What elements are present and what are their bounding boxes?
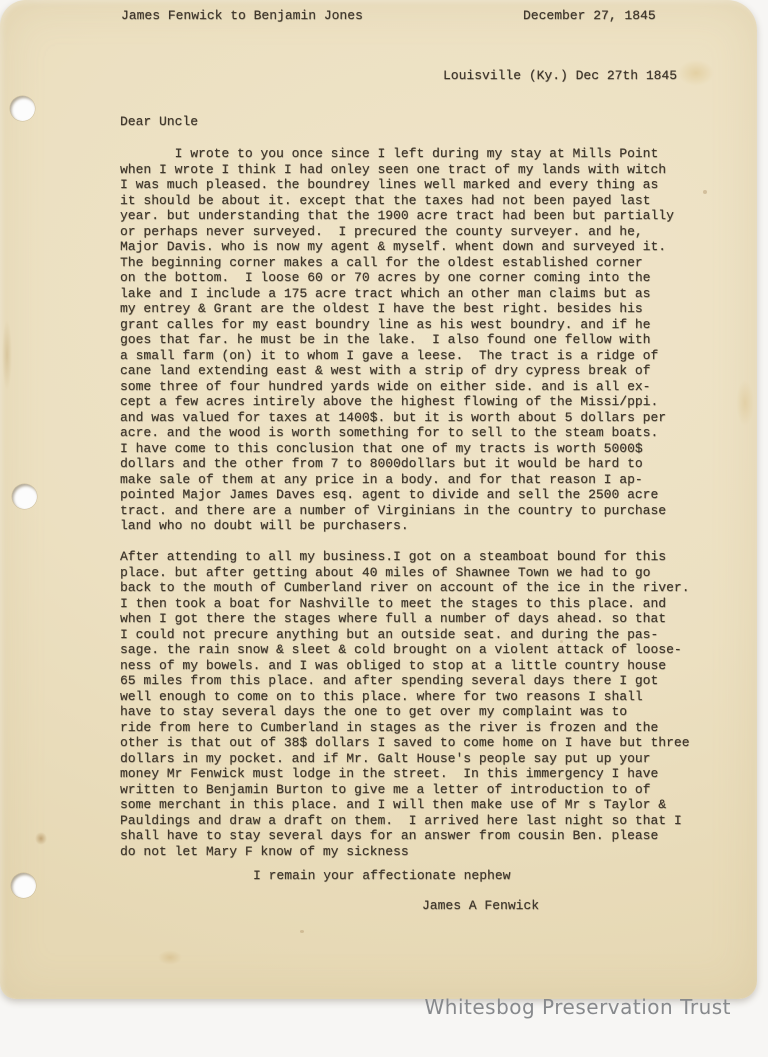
dateline: Louisville (Ky.) Dec 27th 1845: [443, 68, 677, 84]
letter-line: some three of four hundred yards wide on…: [120, 379, 674, 395]
paper-stain: [158, 950, 182, 965]
watermark-text: Whitesbog Preservation Trust: [0, 995, 731, 1019]
salutation: Dear Uncle: [120, 114, 198, 130]
paper-stain: [736, 380, 754, 426]
paper-stain: [35, 832, 47, 845]
letter-line: sage. the rain snow & sleet & cold broug…: [120, 642, 690, 658]
letter-line: money Mr Fenwick must lodge in the stree…: [120, 766, 690, 782]
letter-paragraph-1: I wrote to you once since I left during …: [120, 146, 674, 534]
letter-line: a small farm (on) it to whom I gave a le…: [120, 348, 674, 364]
letter-line: do not let Mary F know of my sickness: [120, 844, 690, 860]
letter-line: I have come to this conclusion that one …: [120, 441, 674, 457]
letter-line: dollars in my pocket. and if Mr. Galt Ho…: [120, 751, 690, 767]
closing-line: I remain your affectionate nephew: [253, 868, 510, 884]
letter-line: it should be about it. except that the t…: [120, 193, 674, 209]
letter-line: I was much pleased. the boundrey lines w…: [120, 177, 674, 193]
letter-line: on the bottom. I loose 60 or 70 acres by…: [120, 270, 674, 286]
letter-line: After attending to all my business.I got…: [120, 549, 690, 565]
letter-line: pointed Major James Daves esq. agent to …: [120, 487, 674, 503]
header-date: December 27, 1845: [523, 8, 656, 24]
letter-line: land who no doubt will be purchasers.: [120, 518, 674, 534]
paper-stain: [2, 320, 12, 390]
letter-line: and was valued for taxes at 1400$. but i…: [120, 410, 674, 426]
letter-line: some merchant in this place. and I will …: [120, 797, 690, 813]
letter-line: shall have to stay several days for an a…: [120, 828, 690, 844]
letter-line: I then took a boat for Nashville to meet…: [120, 596, 690, 612]
letter-line: ride from here to Cumberland in stages a…: [120, 720, 690, 736]
letter-line: goes that far. he must be in the lake. I…: [120, 332, 674, 348]
letter-line: lake and I include a 175 acre tract whic…: [120, 286, 674, 302]
letter-paper: James Fenwick to Benjamin Jones December…: [0, 0, 757, 999]
letter-line: ness of my bowels. and I was obliged to …: [120, 658, 690, 674]
letter-line: or perhaps never surveyed. I precured th…: [120, 224, 674, 240]
letter-line: when I got there the stages where full a…: [120, 611, 690, 627]
punch-hole: [11, 873, 36, 898]
header-correspondents: James Fenwick to Benjamin Jones: [121, 8, 363, 24]
letter-line: make sale of them at any price in a body…: [120, 472, 674, 488]
letter-line: The beginning corner makes a call for th…: [120, 255, 674, 271]
letter-line: dollars and the other from 7 to 8000doll…: [120, 456, 674, 472]
punch-hole: [10, 96, 35, 121]
signature: James A Fenwick: [422, 898, 539, 914]
letter-line: written to Benjamin Burton to give me a …: [120, 782, 690, 798]
letter-line: acre. and the wood is worth something fo…: [120, 425, 674, 441]
letter-line: well enough to come on to this place. wh…: [120, 689, 690, 705]
punch-hole: [12, 484, 37, 509]
letter-line: 65 miles from this place. and after spen…: [120, 673, 690, 689]
letter-line: Pauldings and draw a draft on them. I ar…: [120, 813, 690, 829]
letter-line: year. but understanding that the 1900 ac…: [120, 208, 674, 224]
letter-line: my entrey & Grant are the oldest I have …: [120, 301, 674, 317]
paper-speck: [300, 930, 304, 933]
letter-line: cept a few acres intirely above the high…: [120, 394, 674, 410]
letter-line: tract. and there are a number of Virgini…: [120, 503, 674, 519]
letter-line: grant calles for my east boundry line as…: [120, 317, 674, 333]
letter-line: cane land extending east & west with a s…: [120, 363, 674, 379]
letter-paragraph-2: After attending to all my business.I got…: [120, 549, 690, 859]
paper-speck: [703, 190, 707, 194]
paper-stain: [678, 60, 714, 86]
letter-line: place. but after getting about 40 miles …: [120, 565, 690, 581]
letter-line: other is that out of 38$ dollars I saved…: [120, 735, 690, 751]
letter-line: when I wrote I think I had onley seen on…: [120, 162, 674, 178]
letter-line: I wrote to you once since I left during …: [120, 146, 674, 162]
letter-line: back to the mouth of Cumberland river on…: [120, 580, 690, 596]
scan-background: James Fenwick to Benjamin Jones December…: [0, 0, 768, 1057]
letter-line: have to stay several days the one to get…: [120, 704, 690, 720]
letter-line: I could not precure anything but an outs…: [120, 627, 690, 643]
letter-line: Major Davis. who is now my agent & mysel…: [120, 239, 674, 255]
